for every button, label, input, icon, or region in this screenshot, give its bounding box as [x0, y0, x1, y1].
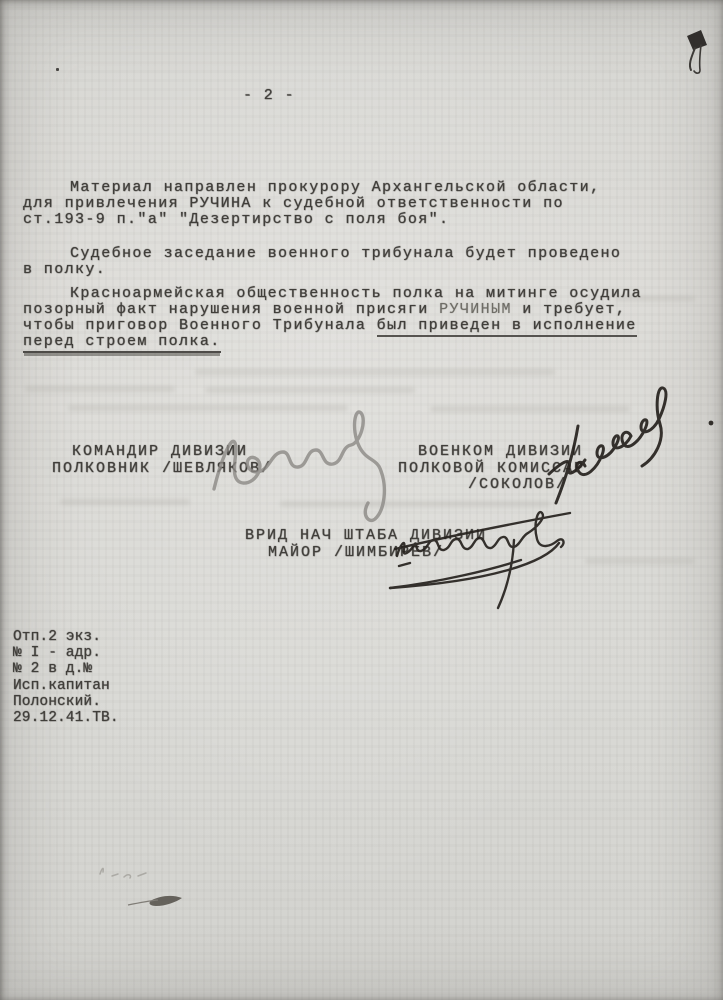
text-line: ст.193-9 п."а" "Дезертирство с поля боя"…	[23, 212, 600, 228]
executor-name-line: Полонский.	[13, 694, 119, 710]
text-segment: позорный факт нарушения военной присяги	[23, 301, 439, 318]
surname-ruchinym: РУЧИНЫМ	[439, 301, 512, 318]
typist-footer-block: Отп.2 экз. № I - адр. № 2 в д.№ Исп.капи…	[13, 629, 119, 726]
pencil-blob-mark	[128, 896, 182, 906]
copy1-line: № I - адр.	[13, 645, 119, 661]
text-segment: чтобы приговор Военного Трибунала	[23, 317, 377, 334]
rank-line: ПОЛКОВОЙ КОМИССАР	[398, 461, 585, 478]
text-segment: и требует,	[512, 301, 626, 318]
copy2-line: № 2 в д.№	[13, 661, 119, 677]
signature-block-commissar: ВОЕНКОМ ДИВИЗИИ ПОЛКОВОЙ КОМИССАР /СОКОЛ…	[398, 444, 585, 494]
signature-block-chief-of-staff: ВРИД НАЧ ШТАБА ДИВИЗИИ МАЙОР /ШИМБИРЕВ/	[245, 528, 487, 561]
bleed-through-mark	[280, 501, 550, 507]
bleed-through-mark	[195, 369, 555, 375]
text-line: в полку.	[23, 262, 621, 278]
text-line: позорный факт нарушения военной присяги …	[23, 302, 642, 318]
rank-name-line: ПОЛКОВНИК /ШЕВЛЯКОВ/	[52, 461, 272, 478]
title-line: КОМАНДИР ДИВИЗИИ	[52, 444, 272, 461]
pencil-scribble-mark	[100, 868, 146, 878]
name-line: /СОКОЛОВ/	[398, 477, 585, 494]
bleed-through-mark	[430, 406, 630, 412]
paper-speck	[56, 68, 59, 71]
underlined-text: был приведен в исполнение	[377, 317, 637, 337]
corner-ink-mark	[687, 30, 707, 73]
underlined-text: перед строем полка.	[23, 333, 221, 353]
text-line: для привлечения РУЧИНА к судебной ответс…	[23, 196, 600, 212]
title-line: ВОЕНКОМ ДИВИЗИИ	[398, 444, 585, 461]
date-line: 29.12.41.ТВ.	[13, 710, 119, 726]
page-number: - 2 -	[243, 88, 295, 104]
rank-name-line: МАЙОР /ШИМБИРЕВ/	[245, 545, 487, 562]
paragraph-tribunal-session: Судебное заседание военного трибунала бу…	[23, 246, 621, 278]
document-page: - 2 - Материал направлен прокурору Архан…	[0, 0, 723, 1000]
text-line: Красноармейская общественность полка на …	[23, 286, 642, 302]
signature-block-commander: КОМАНДИР ДИВИЗИИ ПОЛКОВНИК /ШЕВЛЯКОВ/	[52, 444, 272, 477]
paragraph-material-sent: Материал направлен прокурору Архангельск…	[23, 180, 600, 228]
bleed-through-mark	[60, 499, 190, 505]
bleed-through-mark	[205, 387, 415, 393]
bleed-through-mark	[585, 558, 695, 564]
text-line: Судебное заседание военного трибунала бу…	[23, 246, 621, 262]
paragraph-meeting-resolution: Красноармейская общественность полка на …	[23, 286, 642, 350]
copies-line: Отп.2 экз.	[13, 629, 119, 645]
title-line: ВРИД НАЧ ШТАБА ДИВИЗИИ	[245, 528, 487, 545]
text-line: Материал направлен прокурору Архангельск…	[23, 180, 600, 196]
bleed-through-mark	[25, 386, 175, 392]
executor-line: Исп.капитан	[13, 678, 119, 694]
text-line: чтобы приговор Военного Трибунала был пр…	[23, 318, 642, 334]
bleed-through-mark	[68, 405, 348, 411]
